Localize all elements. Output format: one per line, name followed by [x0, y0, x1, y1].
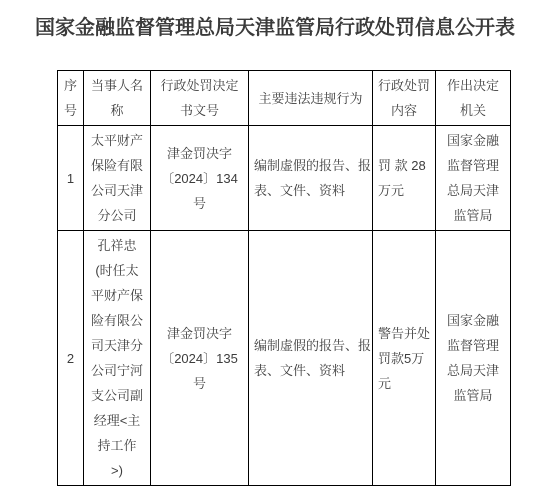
cell-party-name: 孔祥忠 (时任太 平财产保 险有限公 司天津分 公司宁河 支公司副 经理<主 持… [84, 231, 151, 486]
cell-seq-number: 2 [58, 231, 84, 486]
cell-seq-number: 1 [58, 126, 84, 231]
table-row: 2 孔祥忠 (时任太 平财产保 险有限公 司天津分 公司宁河 支公司副 经理<主… [58, 231, 511, 486]
cell-violations: 编制虚假的报告、报 表、文件、资料 [249, 126, 373, 231]
cell-deciding-authority: 国家金融 监督管理 总局天津 监管局 [436, 126, 511, 231]
cell-decision-doc-no: 津金罚决字 〔2024〕134 号 [151, 126, 249, 231]
table-row: 1 太平财产 保险有限 公司天津 分公司 津金罚决字 〔2024〕134 号 编… [58, 126, 511, 231]
cell-penalty-content: 警告并处 罚款5万 元 [373, 231, 436, 486]
page-title: 国家金融监督管理总局天津监管局行政处罚信息公开表 [0, 14, 550, 42]
cell-penalty-content: 罚 款 28 万元 [373, 126, 436, 231]
table-header-row: 序 号 当事人名 称 行政处罚决定 书文号 主要违法违规行为 行政处罚 内容 作… [58, 71, 511, 126]
header-decision-doc-no: 行政处罚决定 书文号 [151, 71, 249, 126]
cell-decision-doc-no: 津金罚决字 〔2024〕135 号 [151, 231, 249, 486]
cell-party-name: 太平财产 保险有限 公司天津 分公司 [84, 126, 151, 231]
header-seq-number: 序 号 [58, 71, 84, 126]
header-party-name: 当事人名 称 [84, 71, 151, 126]
header-penalty-content: 行政处罚 内容 [373, 71, 436, 126]
header-violations: 主要违法违规行为 [249, 71, 373, 126]
header-deciding-authority: 作出决定 机关 [436, 71, 511, 126]
cell-deciding-authority: 国家金融 监督管理 总局天津 监管局 [436, 231, 511, 486]
cell-violations: 编制虚假的报告、报 表、文件、资料 [249, 231, 373, 486]
penalty-info-table: 序 号 当事人名 称 行政处罚决定 书文号 主要违法违规行为 行政处罚 内容 作… [57, 70, 511, 486]
